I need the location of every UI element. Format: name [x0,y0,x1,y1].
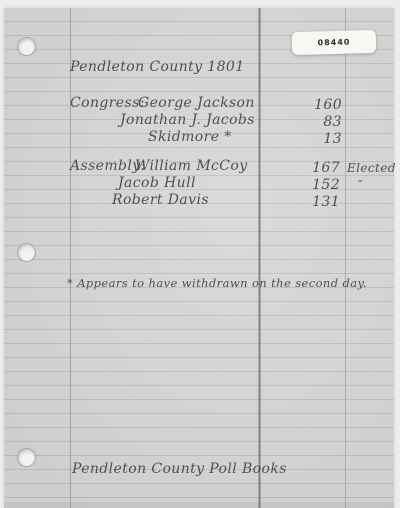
catalog-number: 08440 [317,38,350,48]
candidate-name: Skidmore * [148,130,232,144]
hole-punch-top [18,38,35,55]
hole-punch-bottom [18,449,35,466]
left-margin-line [70,8,71,508]
vote-count: 152 [290,178,340,192]
office-label-congress: Congress: [70,96,145,110]
scanned-ledger-page: 08440 Pendleton County 1801 Congress: Ge… [0,0,400,508]
page-bottom-shadow [4,502,394,508]
vote-count: 167 [290,161,340,175]
elected-note: Elected [347,162,396,174]
vote-count: 160 [292,98,342,112]
candidate-name: Jonathan J. Jacobs [120,113,255,127]
hole-punch-middle [18,244,35,261]
binding-fold-line [258,8,261,508]
candidate-name: Robert Davis [112,193,209,207]
candidate-name: William McCoy [135,159,248,173]
source-caption: Pendleton County Poll Books [72,462,287,476]
vote-count: 13 [292,132,342,146]
page-title: Pendleton County 1801 [70,60,245,74]
catalog-sticker: 08440 [292,30,377,55]
votes-column-line [345,8,346,508]
candidate-name: Jacob Hull [118,176,196,190]
vote-count: 131 [290,195,340,209]
footnote: * Appears to have withdrawn on the secon… [67,278,367,290]
ditto-mark: ″ [358,179,363,191]
ruled-paper [4,8,394,508]
vote-count: 83 [292,115,342,129]
candidate-name: George Jackson [138,96,255,110]
